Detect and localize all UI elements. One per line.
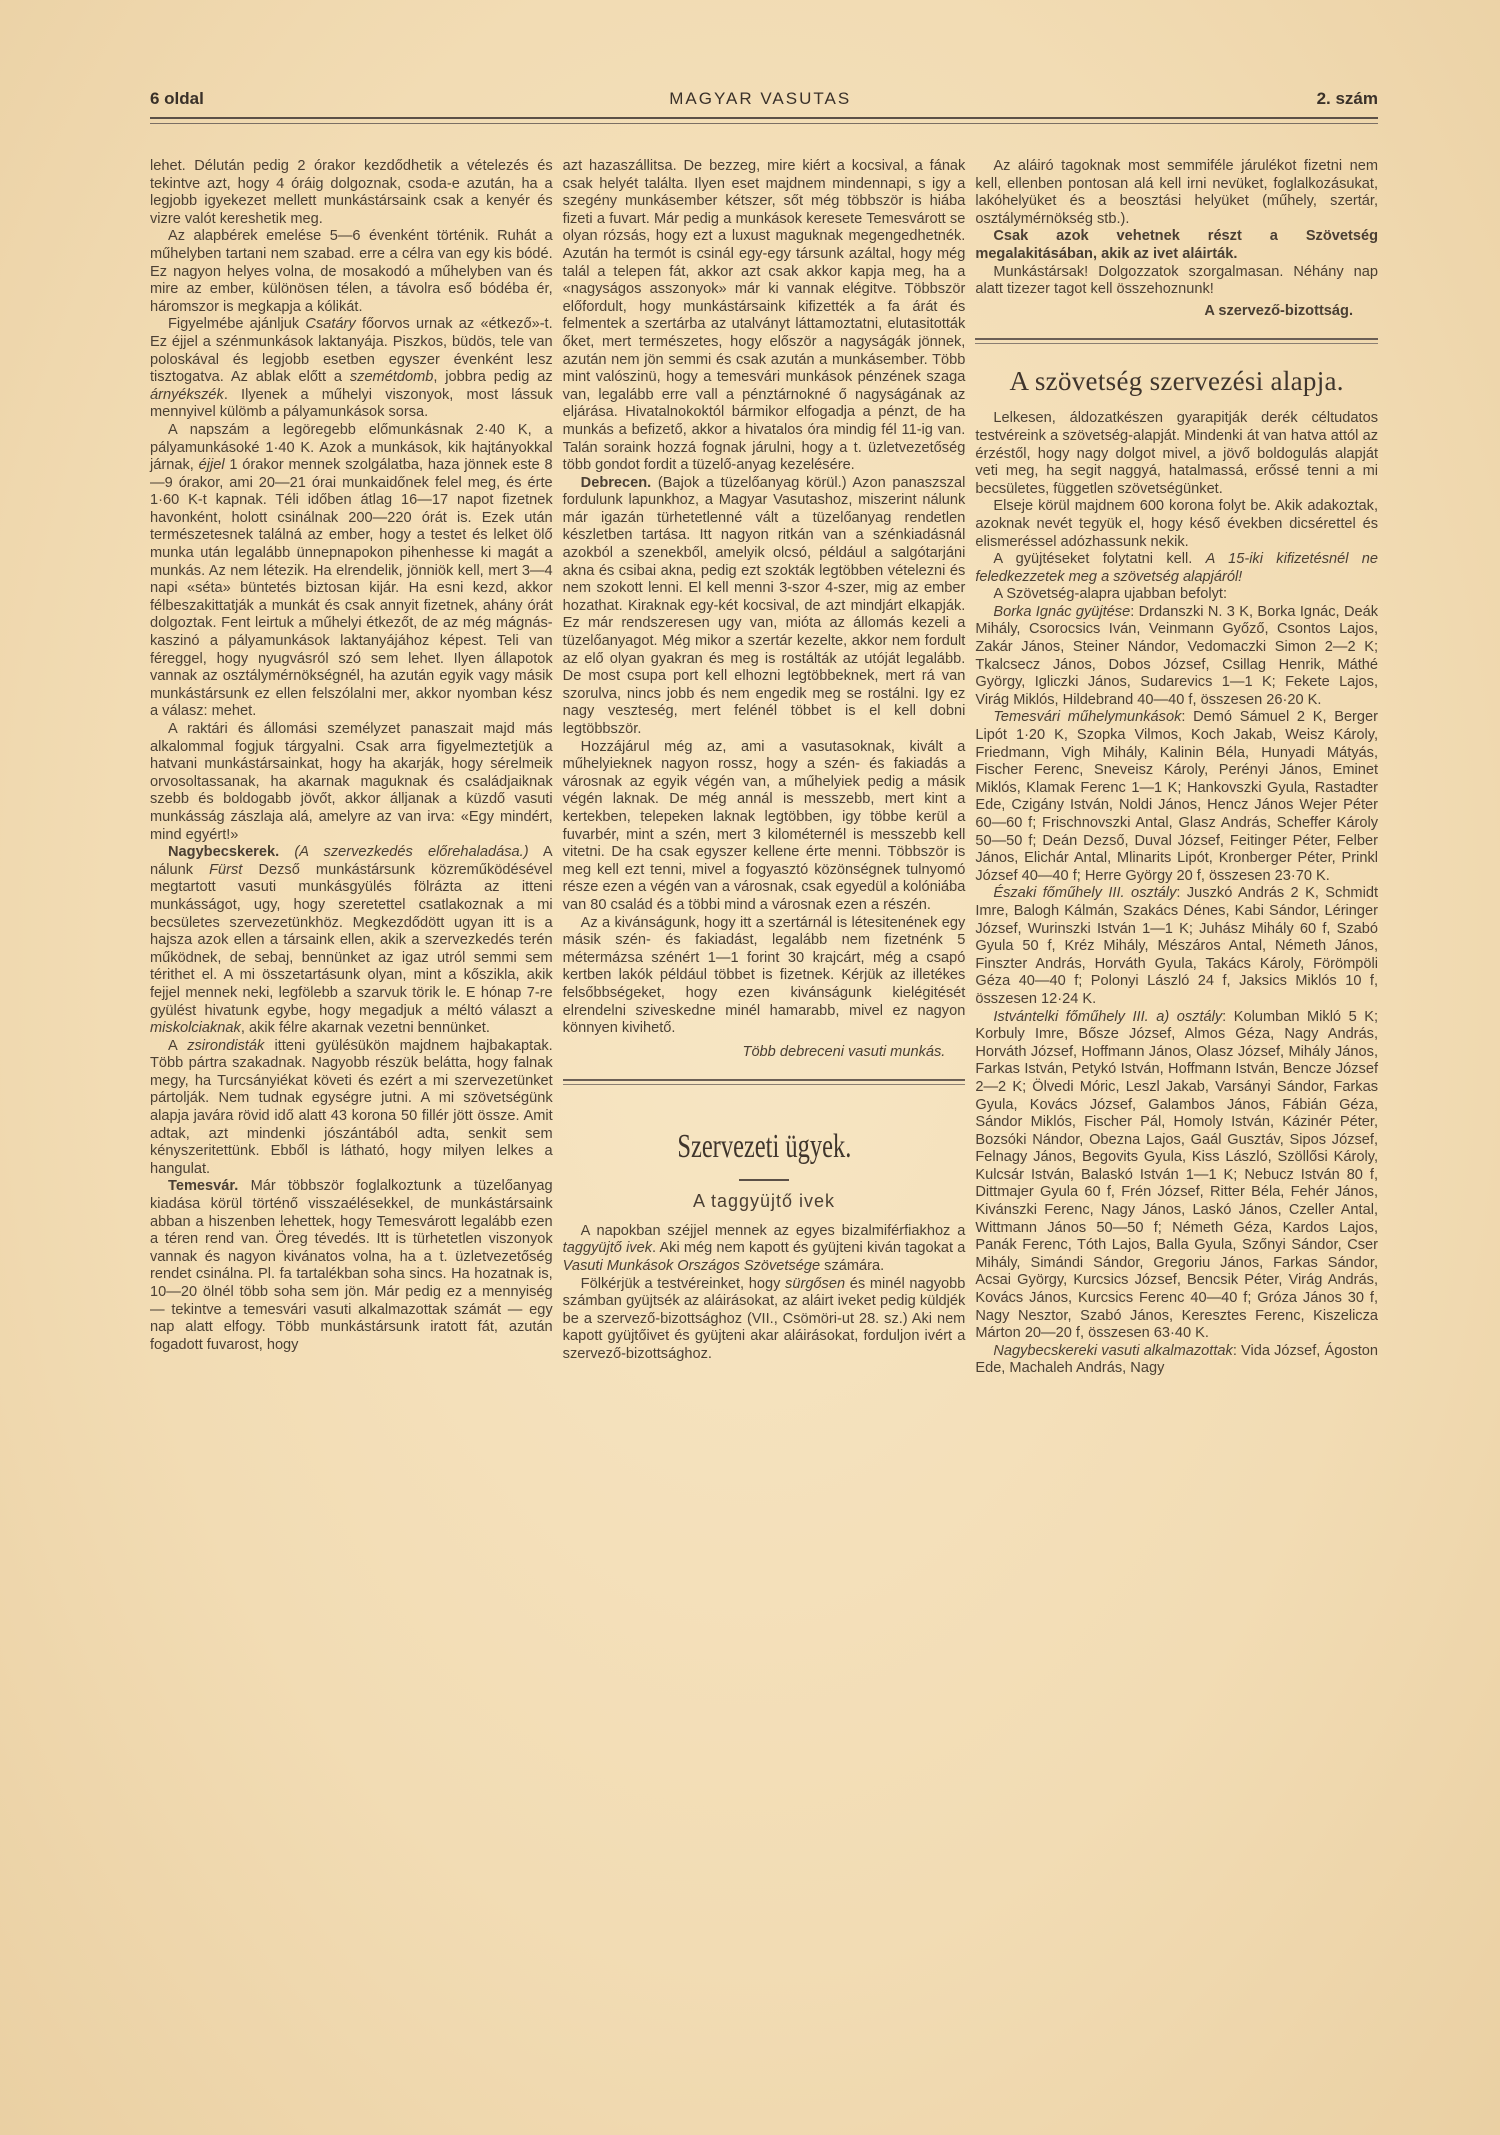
donation-group-label: Északi főműhely III. osztály: [993, 885, 1176, 901]
donation-group-label: Istvántelki főműhely III. a) osztály: [993, 1009, 1222, 1025]
paragraph-debrecen: Debrecen. (Bajok a tüzelőanyag körül.) A…: [563, 475, 966, 739]
publication-title: MAGYAR VASUTAS: [669, 89, 851, 109]
header-rule: [150, 117, 1378, 124]
committee-signature: A szervező-bizottság.: [975, 303, 1378, 321]
paragraph: A gyüjtéseket folytatni kell. A 15-iki k…: [975, 551, 1378, 586]
column-1: lehet. Délután pedig 2 órakor kezdődheti…: [150, 158, 553, 1378]
donation-list: Északi főműhely III. osztály: Juszkó And…: [975, 885, 1378, 1008]
place-heading: Debrecen.: [581, 475, 652, 491]
paragraph: A Szövetség-alapra ujabban befolyt:: [975, 586, 1378, 604]
paragraph: Lelkesen, áldozatkészen gyarapitják deré…: [975, 410, 1378, 498]
paragraph: Az a kivánságunk, hogy itt a szertárnál …: [563, 915, 966, 1038]
section-title: A szövetség szervezési alapja.: [975, 366, 1378, 396]
paragraph: A napszám a legöregebb előmunkásnak 2·40…: [150, 422, 553, 721]
paragraph: Figyelmébe ajánljuk Csatáry főorvos urna…: [150, 316, 553, 422]
donation-list: Istvántelki főműhely III. a) osztály: Ko…: [975, 1009, 1378, 1343]
article-signature: Több debreceni vasuti munkás.: [563, 1044, 966, 1062]
paragraph: Az alapbérek emelése 5—6 évenként történ…: [150, 228, 553, 316]
paragraph: Az aláiró tagoknak most semmiféle járulé…: [975, 158, 1378, 228]
paragraph: azt hazaszállitsa. De bezzeg, mire kiért…: [563, 158, 966, 475]
paragraph-nagybecskerek: Nagybecskerek. (A szervezkedés előrehala…: [150, 844, 553, 1038]
paragraph-temesvar: Temesvár. Már többször foglalkoztunk a t…: [150, 1178, 553, 1354]
paragraph: lehet. Délután pedig 2 órakor kezdődheti…: [150, 158, 553, 228]
donation-list: Borka Ignác gyüjtése: Drdanszki N. 3 K, …: [975, 604, 1378, 710]
paragraph: A zsirondisták itteni gyülésükön majdnem…: [150, 1038, 553, 1179]
donation-list: Temesvári műhelymunkások: Demó Sámuel 2 …: [975, 709, 1378, 885]
columns: lehet. Délután pedig 2 órakor kezdődheti…: [150, 158, 1378, 1378]
subsection-title: A taggyüjtő ivek: [563, 1193, 966, 1211]
donation-list: Nagybecskereki vasuti alkalmazottak: Vid…: [975, 1343, 1378, 1378]
paragraph: Munkástársak! Dolgozzatok szorgalmasan. …: [975, 264, 1378, 299]
paragraph: A napokban széjjel mennek az egyes bizal…: [563, 1223, 966, 1276]
paragraph: Elseje körül majdnem 600 korona folyt be…: [975, 498, 1378, 551]
donation-group-label: Borka Ignác gyüjtése: [993, 604, 1130, 620]
person-name: Csatáry: [305, 316, 355, 332]
place-heading: Nagybecskerek.: [168, 844, 279, 860]
section-divider: [563, 1079, 966, 1085]
column-2: azt hazaszállitsa. De bezzeg, mire kiért…: [563, 158, 966, 1378]
paragraph-bold: Csak azok vehetnek részt a Szövetség meg…: [975, 228, 1378, 263]
column-3: Az aláiró tagoknak most semmiféle járulé…: [975, 158, 1378, 1378]
paragraph: A raktári és állomási személyzet panasza…: [150, 721, 553, 844]
running-head: 6 oldal MAGYAR VASUTAS 2. szám: [150, 85, 1378, 109]
section-divider: [975, 338, 1378, 344]
donation-group-label: Temesvári műhelymunkások: [993, 709, 1181, 725]
page-number: 6 oldal: [150, 89, 204, 109]
place-heading: Temesvár.: [168, 1178, 238, 1194]
paragraph: Hozzájárul még az, ami a vasutasoknak, k…: [563, 739, 966, 915]
divider-dash: [739, 1179, 789, 1181]
newspaper-page: 6 oldal MAGYAR VASUTAS 2. szám lehet. Dé…: [150, 85, 1378, 1378]
section-title: Szervezeti ügyek.: [619, 1127, 909, 1167]
donation-group-label: Nagybecskereki vasuti alkalmazottak: [993, 1343, 1232, 1359]
paragraph: Fölkérjük a testvéreinket, hogy sürgősen…: [563, 1276, 966, 1364]
issue-number: 2. szám: [1317, 89, 1378, 109]
